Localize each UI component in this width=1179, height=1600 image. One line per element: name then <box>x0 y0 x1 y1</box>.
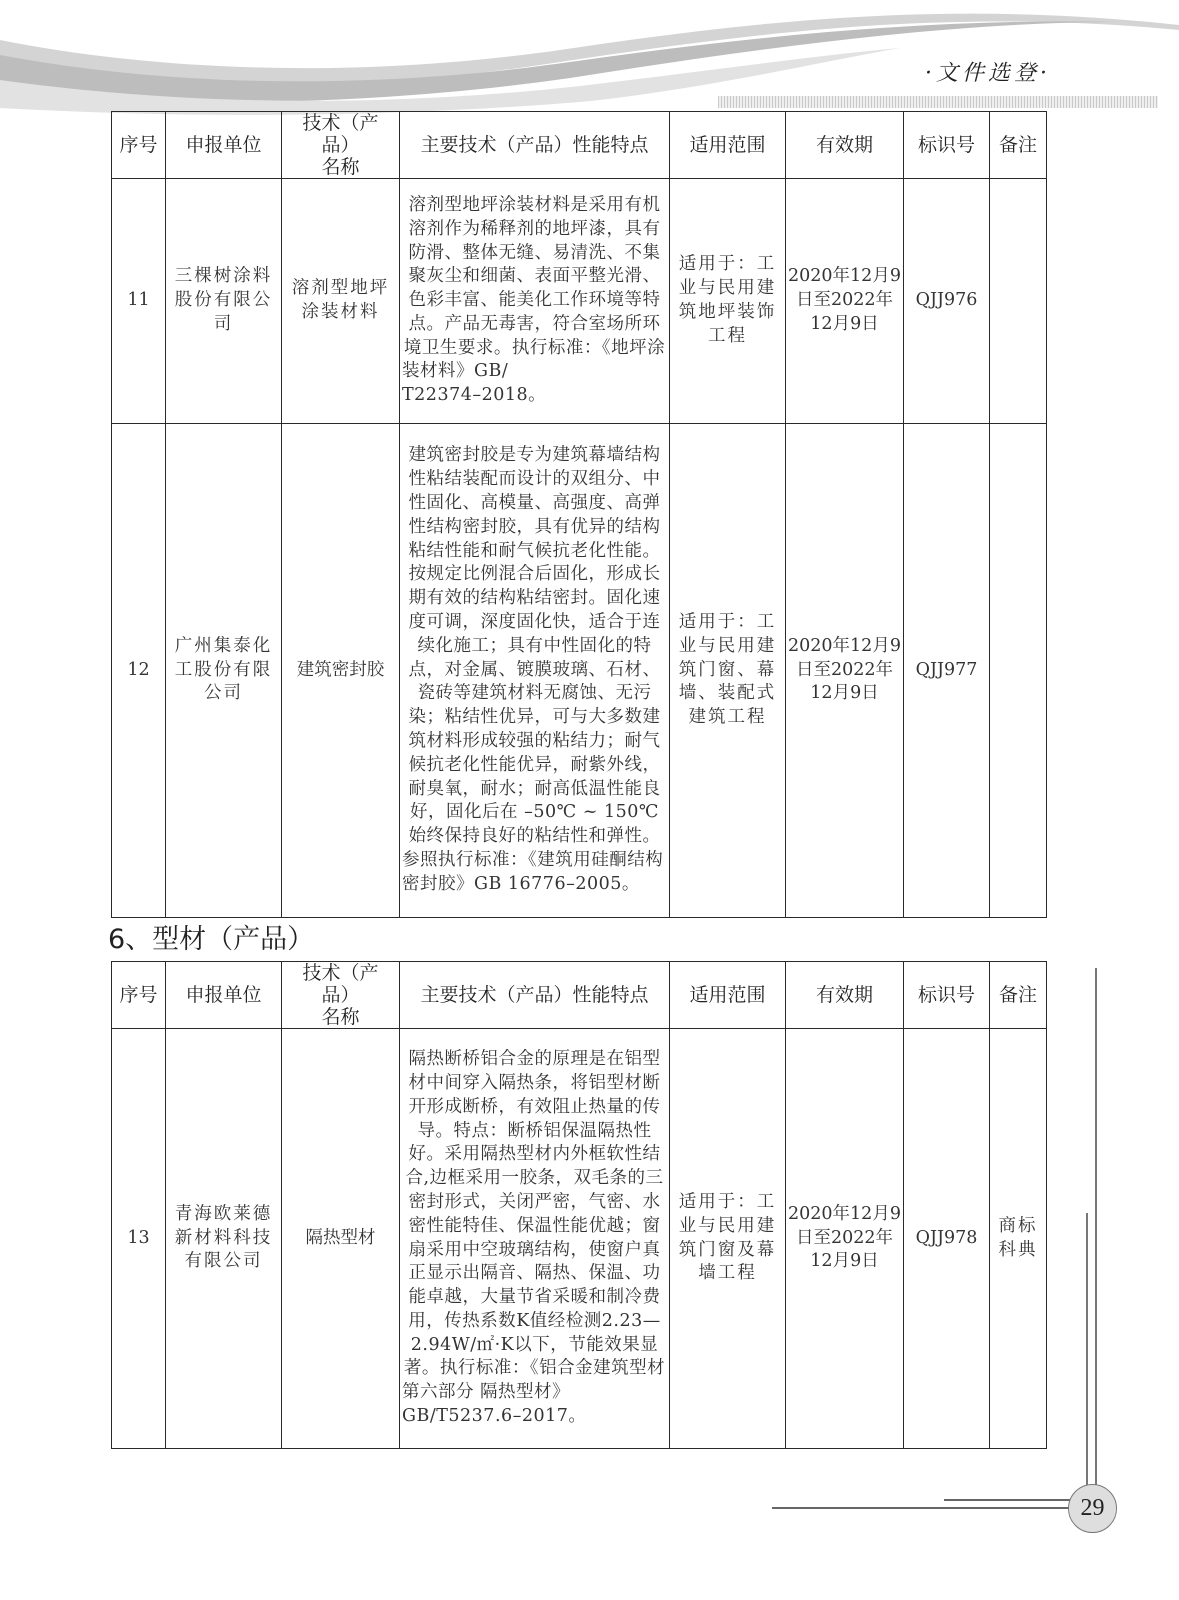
col-header-scope: 适用范围 <box>670 962 786 1029</box>
col-header-id: 标识号 <box>904 962 990 1029</box>
page-number: 29 <box>1068 1484 1117 1533</box>
table-header-row: 序号 申报单位 技术（产品） 名称 主要技术（产品）性能特点 适用范围 有效期 … <box>112 962 1047 1029</box>
col-header-validity: 有效期 <box>786 112 904 179</box>
row-features-tail: 密封胶》GB 16776–2005。 <box>402 873 667 897</box>
spec-table-2: 序号 申报单位 技术（产品） 名称 主要技术（产品）性能特点 适用范围 有效期 … <box>111 961 1047 1449</box>
row-scope: 适用于：工业与民用建筑地坪装饰工程 <box>670 179 786 424</box>
row-unit: 三棵树涂料股份有限公司 <box>166 179 282 424</box>
row-name: 建筑密封胶 <box>282 424 400 918</box>
row-no: 12 <box>112 424 166 918</box>
row-scope: 适用于：工业与民用建筑门窗、幕墙、装配式建筑工程 <box>670 424 786 918</box>
table-row: 13 青海欧莱德新材料科技有限公司 隔热型材 隔热断桥铝合金的原理是在铝型材中间… <box>112 1029 1047 1449</box>
row-unit: 青海欧莱德新材料科技有限公司 <box>166 1029 282 1449</box>
row-unit: 广州集泰化工股份有限公司 <box>166 424 282 918</box>
col-header-scope: 适用范围 <box>670 112 786 179</box>
spec-table-1: 序号 申报单位 技术（产品） 名称 主要技术（产品）性能特点 适用范围 有效期 … <box>111 111 1047 918</box>
col-header-name-line2: 名称 <box>321 1006 359 1028</box>
row-features-body: 建筑密封胶是专为建筑幕墙结构性粘结装配而设计的双组分、中性固化、高模量、高强度、… <box>402 445 663 870</box>
col-header-no: 序号 <box>112 962 166 1029</box>
row-validity: 2020年12月9日至2022年12月9日 <box>786 424 904 918</box>
row-no: 11 <box>112 179 166 424</box>
row-name: 隔热型材 <box>282 1029 400 1449</box>
section-heading-profiles: 6、型材（产品） <box>108 917 314 956</box>
row-features-body: 溶剂型地坪涂装材料是采用有机溶剂作为稀释剂的地坪漆，具有防滑、整体无缝、易清洗、… <box>402 195 665 382</box>
col-header-name-line1: 技术（产品） <box>302 962 378 1006</box>
row-features-tail: GB/T5237.6–2017。 <box>402 1405 667 1429</box>
section-label: ·文件选登· <box>925 56 1051 87</box>
row-id: QJJ977 <box>904 424 990 918</box>
row-validity: 2020年12月9日至2022年12月9日 <box>786 179 904 424</box>
col-header-remark: 备注 <box>990 112 1047 179</box>
col-header-id: 标识号 <box>904 112 990 179</box>
row-remark: 商标科典 <box>990 1029 1047 1449</box>
row-validity: 2020年12月9日至2022年12月9日 <box>786 1029 904 1449</box>
row-id: QJJ978 <box>904 1029 990 1449</box>
footer-rule-long <box>772 1507 1070 1509</box>
col-header-unit: 申报单位 <box>166 112 282 179</box>
row-features: 隔热断桥铝合金的原理是在铝型材中间穿入隔热条，将铝型材断开形成断桥，有效阻止热量… <box>400 1029 670 1449</box>
margin-rule-outer <box>1095 968 1097 1486</box>
row-features: 建筑密封胶是专为建筑幕墙结构性粘结装配而设计的双组分、中性固化、高模量、高强度、… <box>400 424 670 918</box>
footer-rule-short <box>944 1499 1070 1501</box>
row-features-body: 隔热断桥铝合金的原理是在铝型材中间穿入隔热条，将铝型材断开形成断桥，有效阻止热量… <box>402 1049 665 1402</box>
table-header-row: 序号 申报单位 技术（产品） 名称 主要技术（产品）性能特点 适用范围 有效期 … <box>112 112 1047 179</box>
row-features: 溶剂型地坪涂装材料是采用有机溶剂作为稀释剂的地坪漆，具有防滑、整体无缝、易清洗、… <box>400 179 670 424</box>
table-row: 12 广州集泰化工股份有限公司 建筑密封胶 建筑密封胶是专为建筑幕墙结构性粘结装… <box>112 424 1047 918</box>
col-header-validity: 有效期 <box>786 962 904 1029</box>
col-header-name-line2: 名称 <box>321 156 359 178</box>
row-no: 13 <box>112 1029 166 1449</box>
col-header-unit: 申报单位 <box>166 962 282 1029</box>
row-name: 溶剂型地坪涂装材料 <box>282 179 400 424</box>
row-id: QJJ976 <box>904 179 990 424</box>
table-row: 11 三棵树涂料股份有限公司 溶剂型地坪涂装材料 溶剂型地坪涂装材料是采用有机溶… <box>112 179 1047 424</box>
col-header-remark: 备注 <box>990 962 1047 1029</box>
header-hatch-bar <box>718 96 1158 108</box>
col-header-features: 主要技术（产品）性能特点 <box>400 962 670 1029</box>
row-remark <box>990 424 1047 918</box>
col-header-no: 序号 <box>112 112 166 179</box>
margin-rule-inner <box>1086 1213 1088 1489</box>
col-header-name-line1: 技术（产品） <box>302 112 378 156</box>
col-header-features: 主要技术（产品）性能特点 <box>400 112 670 179</box>
col-header-name: 技术（产品） 名称 <box>282 962 400 1029</box>
col-header-name: 技术（产品） 名称 <box>282 112 400 179</box>
row-features-tail: T22374–2018。 <box>402 384 667 408</box>
row-scope: 适用于：工业与民用建筑门窗及幕墙工程 <box>670 1029 786 1449</box>
row-remark <box>990 179 1047 424</box>
